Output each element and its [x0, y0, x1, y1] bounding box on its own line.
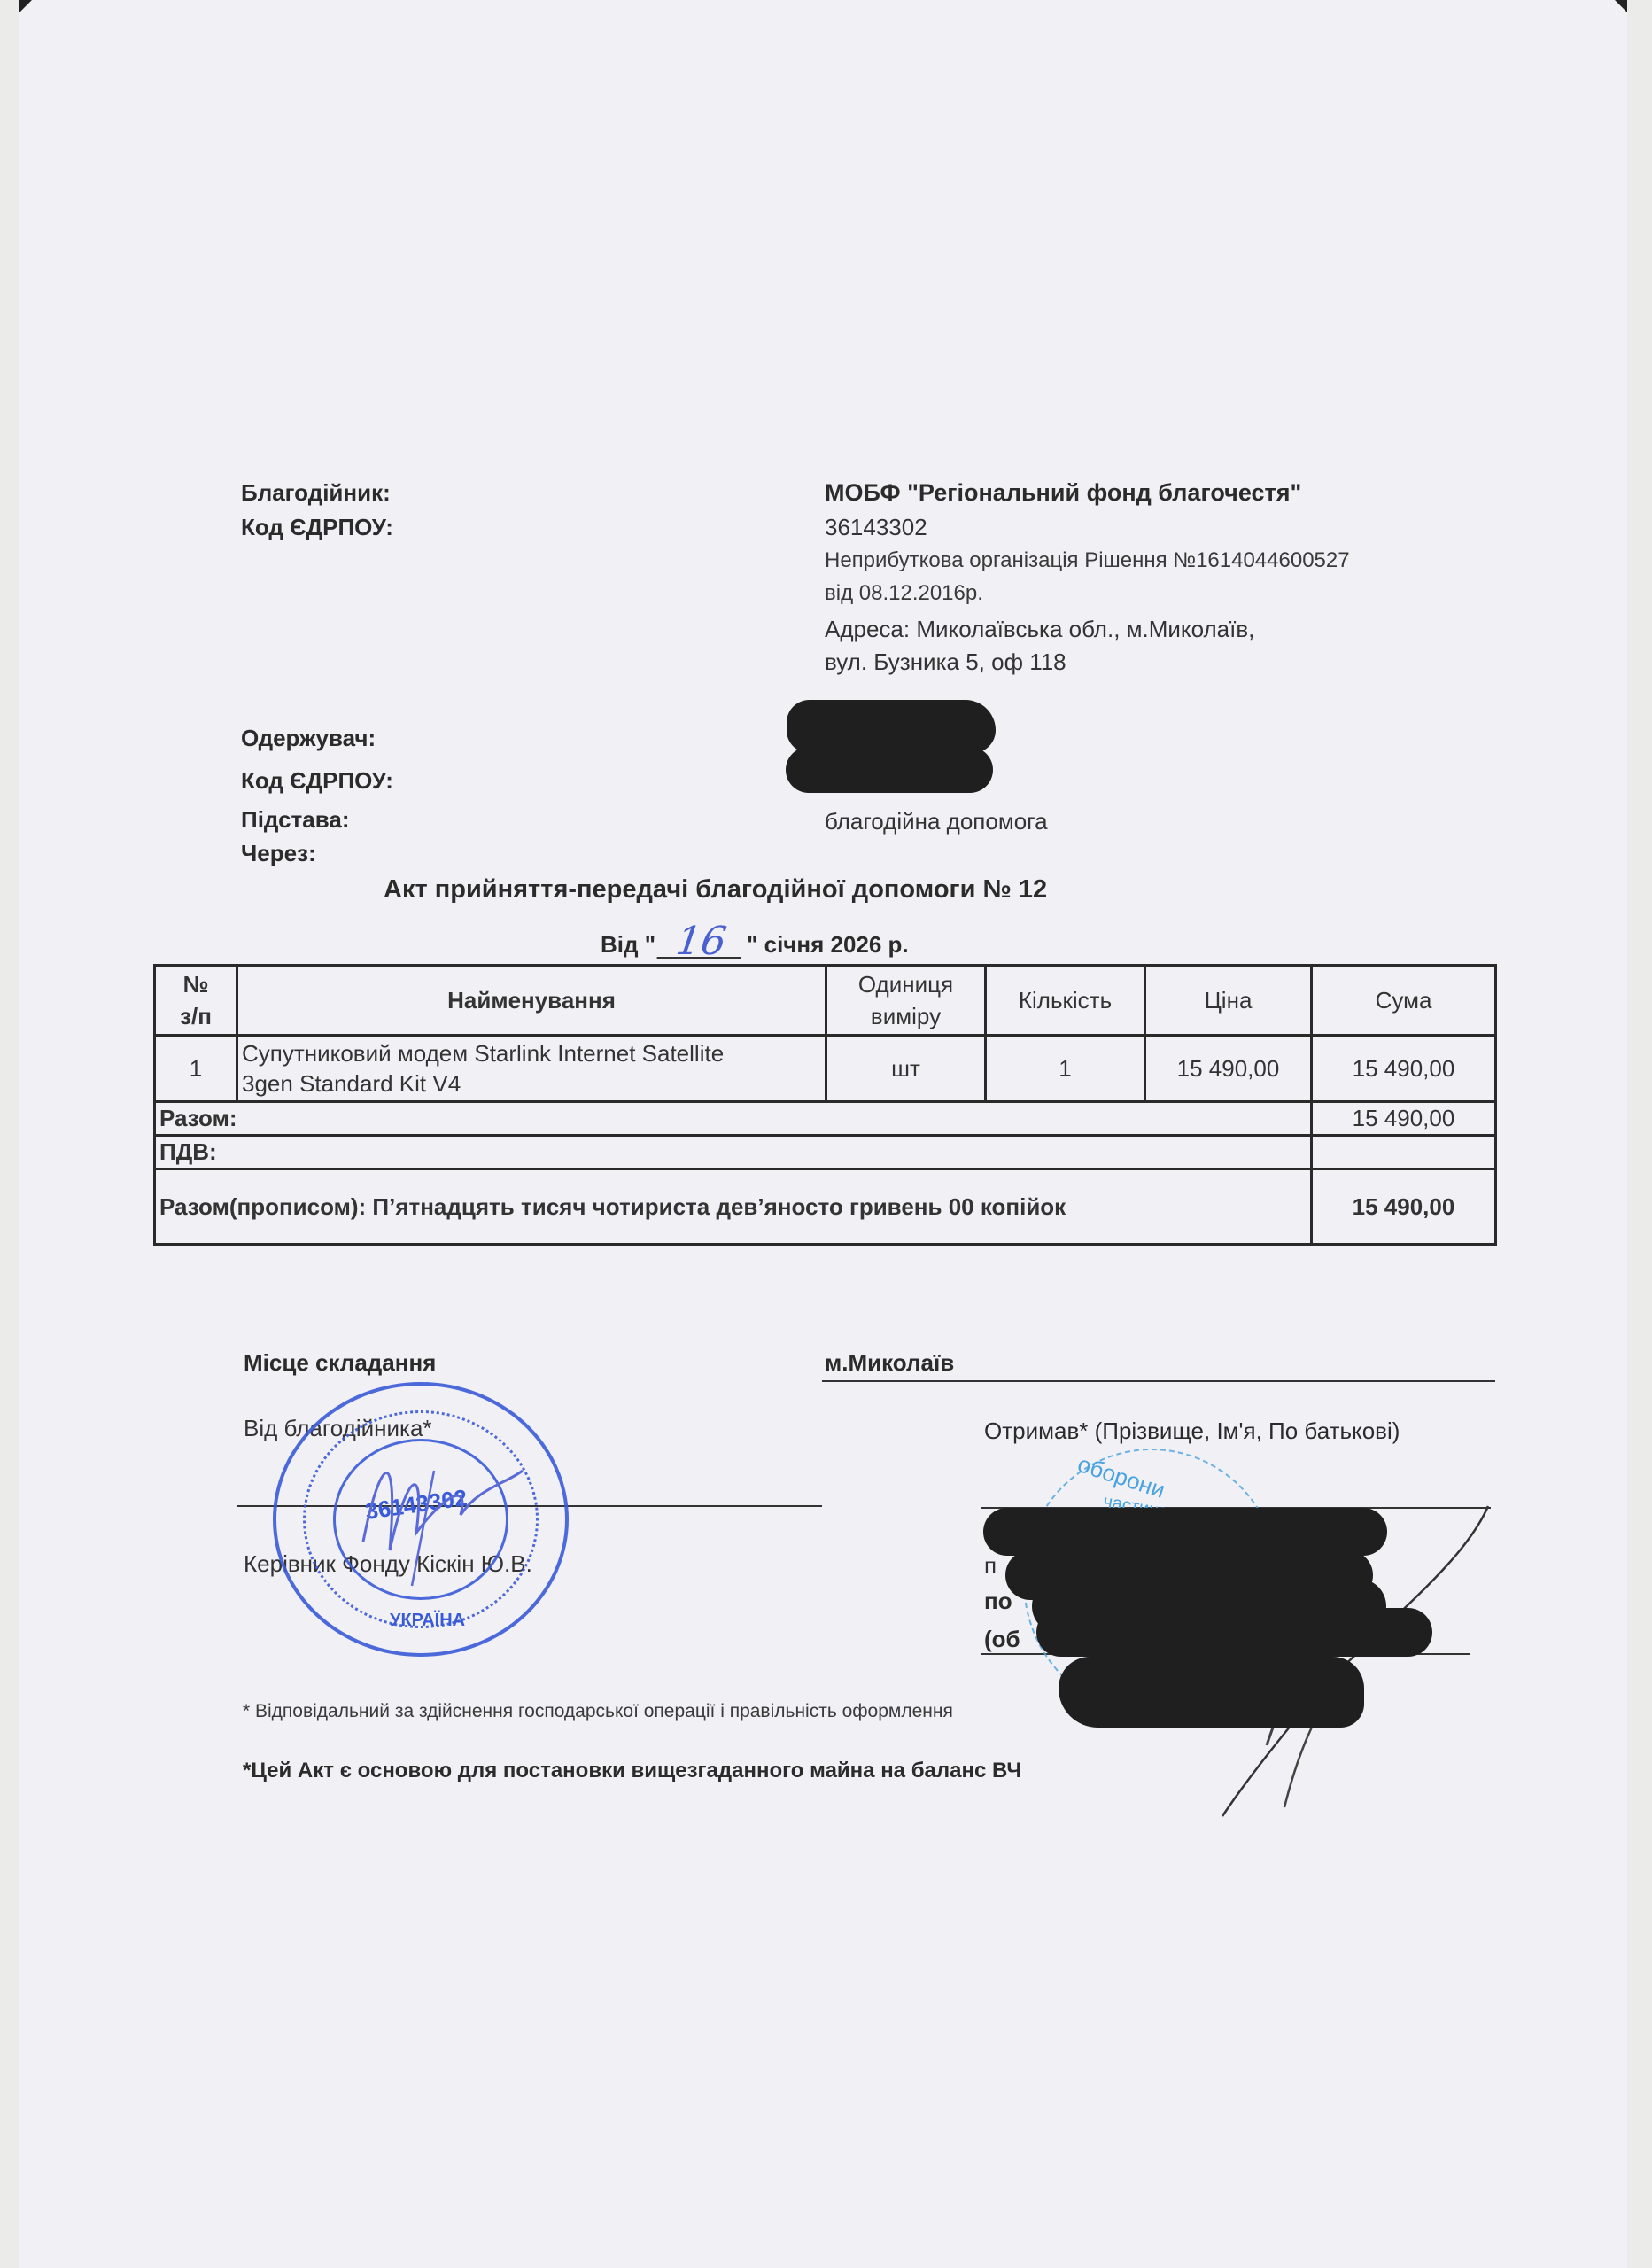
stamp-country: УКРАЇНА [390, 1611, 465, 1631]
donor-nonprofit: Неприбуткова організація Рішення №161404… [825, 548, 1350, 573]
total-value: 15 490,00 [1312, 1102, 1496, 1136]
total-row: Разом: 15 490,00 [155, 1102, 1496, 1136]
footnote-responsible: * Відповідальний за здійснення господарс… [243, 1701, 953, 1722]
scan-corner [1615, 0, 1627, 12]
basis-label: Підстава: [241, 806, 349, 834]
cell-price: 15 490,00 [1145, 1036, 1312, 1102]
recipient-fragment-1: п [984, 1552, 997, 1580]
header-name: Найменування [237, 966, 826, 1036]
via-label: Через: [241, 840, 316, 867]
cell-no: 1 [155, 1036, 237, 1102]
date-day-handwritten: 16 [657, 927, 746, 959]
header-unit: Одиницявиміру [826, 966, 986, 1036]
redaction-recipient-4 [1036, 1608, 1432, 1657]
redaction-recipient-name [787, 700, 996, 753]
place-label: Місце складання [244, 1349, 436, 1377]
basis-value: благодійна допомога [825, 808, 1048, 835]
total-in-words: Разом(прописом): П’ятнадцять тисяч чотир… [155, 1169, 1312, 1245]
items-table: №з/п Найменування Одиницявиміру Кількіст… [153, 964, 1497, 1246]
donor-address-line1: Адреса: Миколаївська обл., м.Миколаїв, [825, 616, 1254, 643]
place-underline [822, 1380, 1495, 1382]
received-label: Отримав* (Прізвище, Ім'я, По батькові) [984, 1417, 1400, 1445]
header-no: №з/п [155, 966, 237, 1036]
donor-name: МОБФ "Регіональний фонд благочестя" [825, 479, 1301, 507]
vat-value [1312, 1136, 1496, 1169]
date-suffix: " січня 2026 р. [747, 931, 909, 958]
place-value: м.Миколаїв [825, 1349, 954, 1377]
cell-unit: шт [826, 1036, 986, 1102]
words-row: Разом(прописом): П’ятнадцять тисяч чотир… [155, 1169, 1496, 1245]
recipient-edrpou-label: Код ЄДРПОУ: [241, 767, 393, 795]
cell-qty: 1 [986, 1036, 1145, 1102]
redaction-recipient-edrpou [786, 747, 993, 793]
scan-corner [19, 0, 32, 12]
header-price: Ціна [1145, 966, 1312, 1036]
table-row: 1 Супутниковий модем Starlink Internet S… [155, 1036, 1496, 1102]
recipient-fragment-3: (об [984, 1626, 1020, 1653]
cell-name: Супутниковий модем Starlink Internet Sat… [237, 1036, 826, 1102]
donor-address-line2: вул. Бузника 5, оф 118 [825, 649, 1066, 676]
footnote-balance: *Цей Акт є основою для постановки вищезг… [243, 1759, 1021, 1783]
cell-sum: 15 490,00 [1312, 1036, 1496, 1102]
redaction-recipient-1 [983, 1508, 1387, 1556]
donor-nonprofit-date: від 08.12.2016р. [825, 581, 983, 606]
redaction-recipient-5 [1059, 1657, 1364, 1728]
recipient-fragment-2: по [984, 1588, 1012, 1615]
header-sum: Сума [1312, 966, 1496, 1036]
table-header-row: №з/п Найменування Одиницявиміру Кількіст… [155, 966, 1496, 1036]
vat-label: ПДВ: [155, 1136, 1312, 1169]
recipient-label: Одержувач: [241, 725, 376, 752]
header-qty: Кількість [986, 966, 1145, 1036]
donor-label: Благодійник: [241, 479, 391, 507]
donor-edrpou-label: Код ЄДРПОУ: [241, 514, 393, 541]
vat-row: ПДВ: [155, 1136, 1496, 1169]
words-total-value: 15 490,00 [1312, 1169, 1496, 1245]
act-title: Акт прийняття-передачі благодійної допом… [384, 875, 1047, 905]
total-label: Разом: [155, 1102, 1312, 1136]
donor-edrpou: 36143302 [825, 514, 927, 541]
act-date: Від "16" січня 2026 р. [601, 927, 909, 959]
date-prefix: Від " [601, 931, 655, 958]
